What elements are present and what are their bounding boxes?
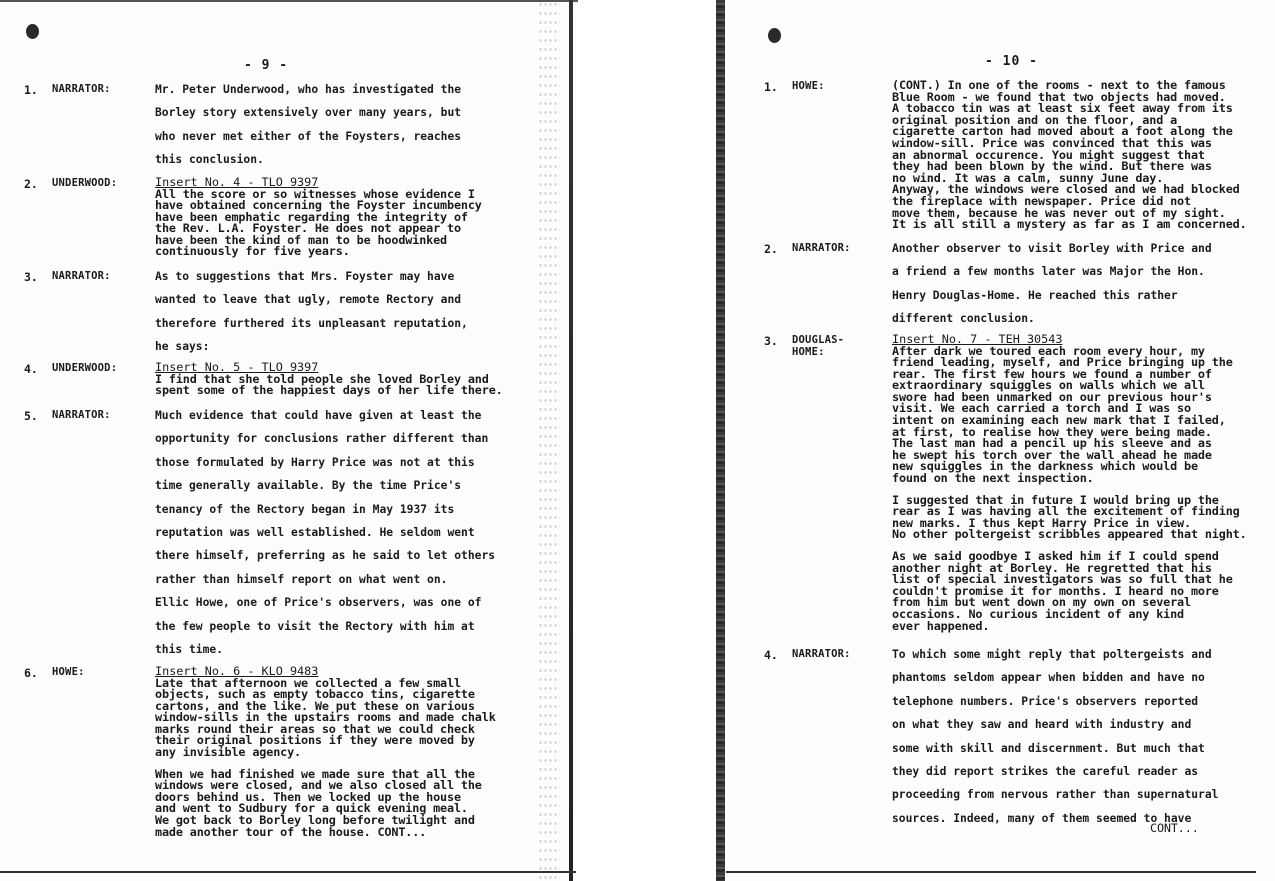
text-line: Another observer to visit Borley with Pr…: [892, 242, 1275, 265]
insert-quote: Insert No. 7 - TEH 30543After dark we to…: [892, 334, 1275, 632]
insert-quote: Insert No. 6 - KLO 9483Late that afterno…: [155, 666, 535, 838]
text-line: It is all still a mystery as far as I am…: [892, 219, 1275, 231]
text-line: therefore furthered its unpleasant reput…: [155, 317, 535, 340]
text-line: continuously for five years.: [155, 246, 535, 258]
text-line: phantoms seldom appear when bidden and h…: [892, 671, 1275, 694]
narration-text: Mr. Peter Underwood, who has investigate…: [155, 83, 535, 177]
page-edge: [569, 0, 573, 881]
text-line: this conclusion.: [155, 153, 535, 176]
text-line: spent some of the happiest days of her l…: [155, 385, 535, 397]
text-line: Mr. Peter Underwood, who has investigate…: [155, 83, 535, 106]
entry-number: 4.: [764, 648, 778, 662]
punch-hole: [26, 24, 39, 39]
text-line: time generally available. By the time Pr…: [155, 479, 535, 502]
text-line: they did report strikes the careful read…: [892, 765, 1275, 788]
text-line: made another tour of the house. CONT...: [155, 827, 535, 839]
text-line: rather than himself report on what went …: [155, 573, 535, 596]
text-line: No other poltergeist scribbles appeared …: [892, 529, 1275, 541]
page-number: - 9 -: [244, 58, 288, 73]
speaker-name: DOUGLAS-HOME:: [792, 334, 844, 358]
speaker-name: NARRATOR:: [52, 270, 111, 282]
insert-quote: Insert No. 5 - TLO 9397I find that she t…: [155, 362, 535, 397]
text-line: As to suggestions that Mrs. Foyster may …: [155, 270, 535, 293]
text-line: this time.: [155, 643, 535, 666]
text-line: Henry Douglas-Home. He reached this rath…: [892, 289, 1275, 312]
entry-number: 2.: [24, 177, 38, 191]
page-number: - 10 -: [985, 54, 1038, 69]
text-line: telephone numbers. Price's observers rep…: [892, 695, 1275, 718]
text-line: tenancy of the Rectory began in May 1937…: [155, 503, 535, 526]
text-line: ever happened.: [892, 621, 1275, 633]
text-line: there himself, preferring as he said to …: [155, 549, 535, 572]
narration-text: As to suggestions that Mrs. Foyster may …: [155, 270, 535, 364]
speaker-name: HOWE:: [52, 666, 85, 678]
scan-edge: [0, 871, 576, 873]
speaker-name: UNDERWOOD:: [52, 177, 117, 189]
text-line: opportunity for conclusions rather diffe…: [155, 432, 535, 455]
insert-quote: (CONT.) In one of the rooms - next to th…: [892, 80, 1275, 231]
entry-number: 5.: [24, 409, 38, 423]
speaker-name: NARRATOR:: [52, 409, 111, 421]
binding-shadow: [538, 0, 560, 881]
page-9: - 9 - 1.NARRATOR:Mr. Peter Underwood, wh…: [0, 0, 578, 881]
insert-quote: Insert No. 4 - TLO 9397All the score or …: [155, 177, 535, 258]
text-line: on what they saw and heard with industry…: [892, 718, 1275, 741]
entry-number: 3.: [24, 270, 38, 284]
entry-number: 1.: [24, 83, 38, 97]
text-line: found on the next inspection.: [892, 473, 1275, 485]
speaker-name: NARRATOR:: [792, 242, 851, 254]
binding-spine: [716, 0, 725, 881]
speaker-name: HOWE:: [792, 80, 825, 92]
speaker-name: UNDERWOOD:: [52, 362, 117, 374]
entry-number: 2.: [764, 242, 778, 256]
text-line: Ellic Howe, one of Price's observers, wa…: [155, 596, 535, 619]
scan-edge: [726, 871, 1256, 873]
speaker-name: NARRATOR:: [52, 83, 111, 95]
text-line: Much evidence that could have given at l…: [155, 409, 535, 432]
text-line: Borley story extensively over many years…: [155, 106, 535, 129]
page-10: - 10 - 1.HOWE:(CONT.) In one of the room…: [716, 0, 1275, 881]
scan-edge: [0, 0, 578, 2]
text-line: proceeding from nervous rather than supe…: [892, 788, 1275, 811]
text-line: those formulated by Harry Price was not …: [155, 456, 535, 479]
punch-hole: [768, 28, 781, 43]
entry-number: 1.: [764, 80, 778, 94]
entry-number: 6.: [24, 666, 38, 680]
text-line: the few people to visit the Rectory with…: [155, 620, 535, 643]
text-line: some with skill and discernment. But muc…: [892, 742, 1275, 765]
text-line: wanted to leave that ugly, remote Rector…: [155, 293, 535, 316]
narration-text: Another observer to visit Borley with Pr…: [892, 242, 1275, 336]
text-line: reputation was well established. He seld…: [155, 526, 535, 549]
text-line: To which some might reply that poltergei…: [892, 648, 1275, 671]
text-line: who never met either of the Foysters, re…: [155, 130, 535, 153]
speaker-name: NARRATOR:: [792, 648, 851, 660]
entry-number: 4.: [24, 362, 38, 376]
text-line: a friend a few months later was Major th…: [892, 265, 1275, 288]
narration-text: To which some might reply that poltergei…: [892, 648, 1275, 835]
entry-number: 3.: [764, 334, 778, 348]
narration-text: Much evidence that could have given at l…: [155, 409, 535, 666]
text-line: any invisible agency.: [155, 747, 535, 759]
